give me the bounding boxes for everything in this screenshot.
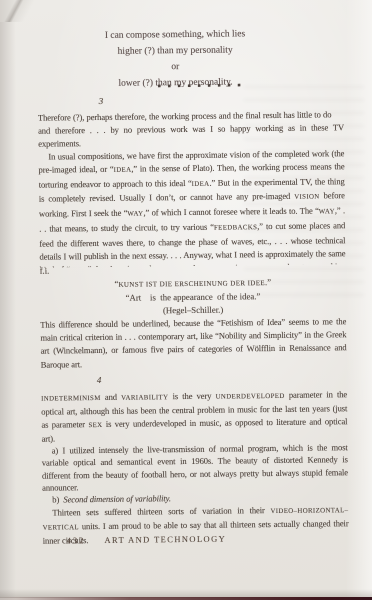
paragraph: In usual compositions, we have first the…	[38, 147, 345, 268]
list-item-b-label: b)	[52, 495, 63, 505]
hegel-quote-block: “KUNST IST DIE ERSCHEINUNG DER IDEE.” “A…	[40, 275, 346, 319]
page-content: I can compose something, which lies high…	[0, 0, 372, 600]
section-3-closing: This difference should be underlined, be…	[40, 315, 347, 374]
list-item-b-text: Second dimension of variability.	[63, 494, 171, 505]
section-3-body: Therefore (?), perhaps therefore, the wo…	[38, 108, 346, 267]
section-4-body: INDETERMINISM and VARIABILITY is the ver…	[41, 388, 349, 547]
paragraph: Therefore (?), perhaps therefore, the wo…	[38, 108, 344, 150]
paragraph: a) I utilized intensely the live-transmi…	[42, 441, 349, 494]
paragraph: This difference should be underlined, be…	[40, 315, 347, 371]
section-number-4: 4	[97, 375, 102, 385]
book-title: ART AND TECHNOLOGY	[104, 534, 226, 545]
paragraph: INDETERMINISM and VARIABILITY is the ver…	[41, 388, 348, 445]
scanned-book-page: I can compose something, which lies high…	[0, 0, 372, 600]
running-footer: 432 ART AND TECHNOLOGY	[67, 534, 227, 546]
paragraph-continuation: f.i.	[40, 266, 50, 276]
section-number-3: 3	[99, 96, 104, 106]
page-number: 432	[67, 535, 86, 545]
